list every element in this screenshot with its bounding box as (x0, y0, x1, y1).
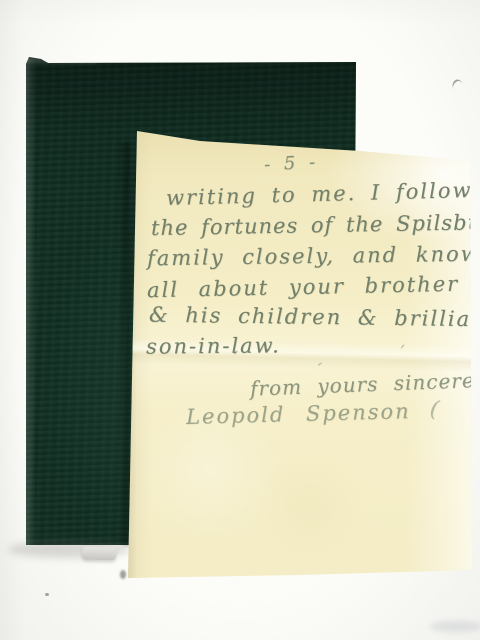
paper-cast-shadow-left (118, 142, 130, 546)
book-and-letter-photo: - 5 - writing to me. I follow the fortun… (0, 0, 480, 640)
letter-closing: from yours sincerely (250, 367, 480, 400)
paper-corner-shadow (120, 570, 126, 579)
background-speck (45, 593, 49, 596)
paper-shadow (430, 621, 480, 632)
signature-flourish: ( (428, 397, 440, 423)
book-spine-highlight (26, 57, 35, 545)
letter-signature: Leopold Spenson (186, 399, 411, 429)
page-number: - 5 - (263, 152, 319, 176)
letter-line-4: all about your brother (147, 272, 460, 303)
book-stand-foot (82, 547, 116, 561)
letter-line-3: family closely, and know (147, 242, 480, 271)
letter-line-1: writing to me. I follow (166, 178, 473, 210)
letter-line-5: & his children & brilliant (149, 303, 480, 332)
letter-line-2: the fortunes of the Spilsbury (151, 210, 480, 240)
